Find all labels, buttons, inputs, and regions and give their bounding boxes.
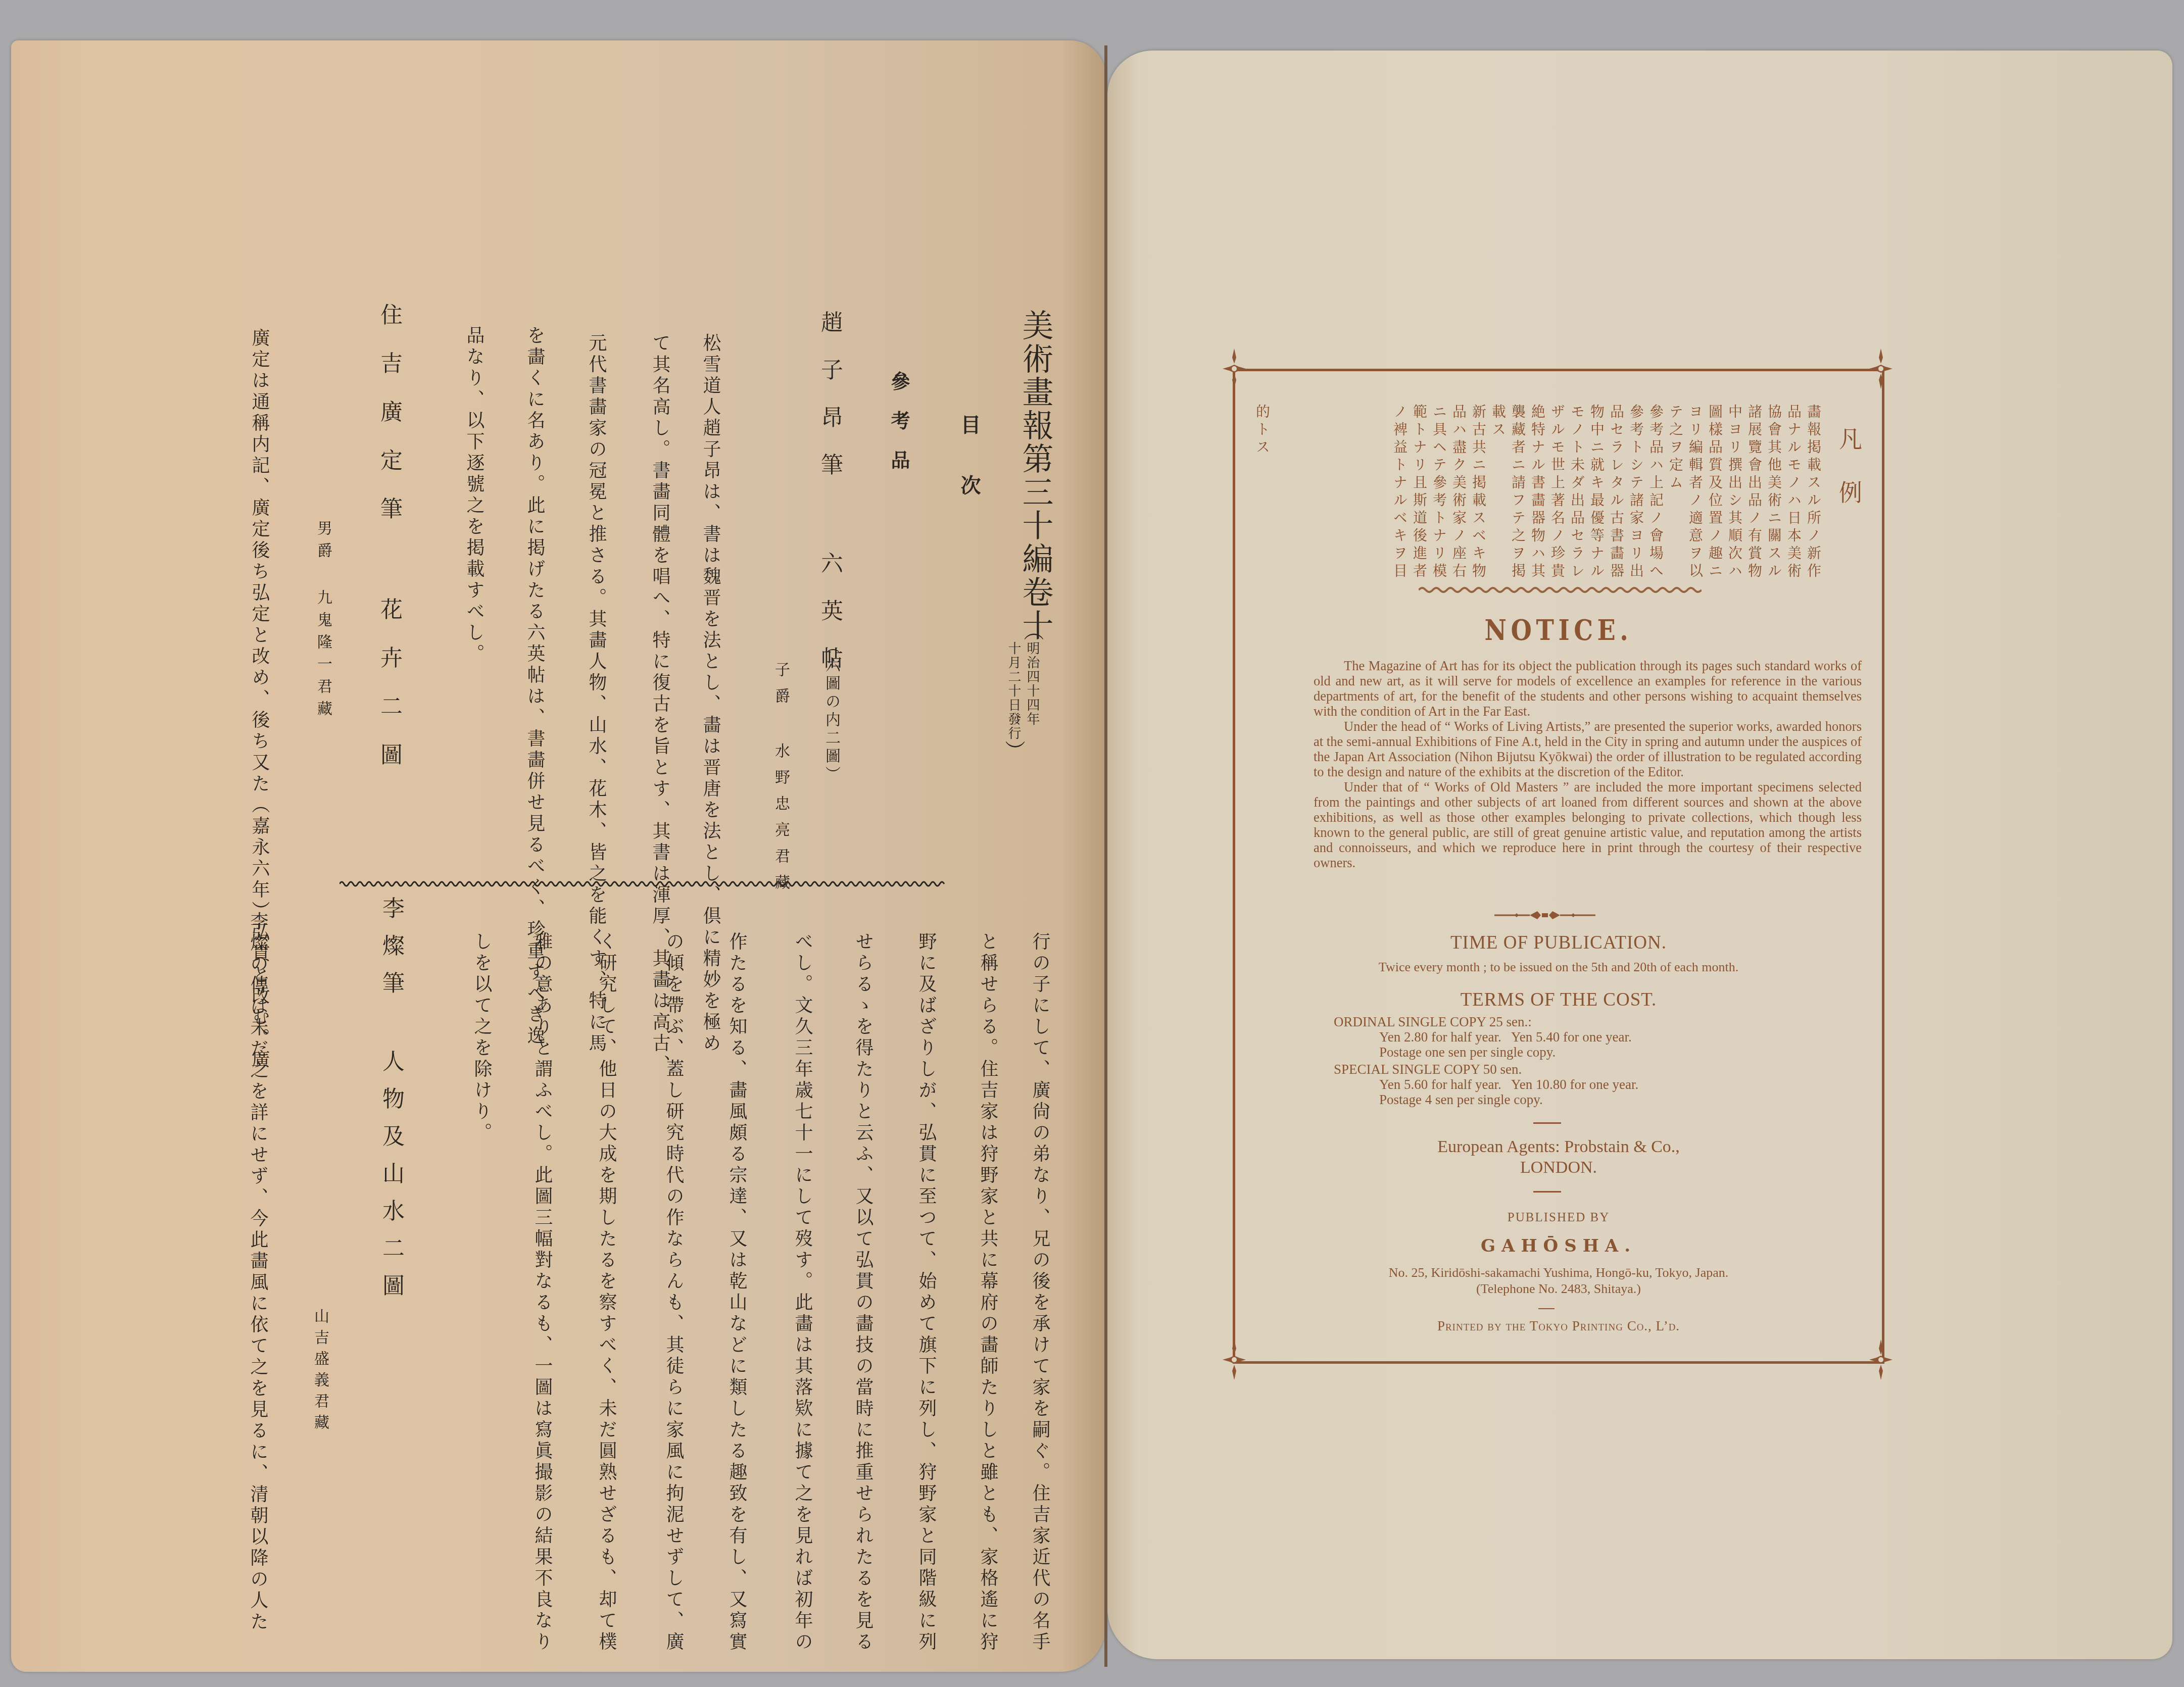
work-3-desc-line: 李燦の傳は未だ之を詳にせず、今此畵風に依て之を見るに、清朝以降の人た (249, 912, 267, 1633)
work-2-desc-line: の傾を帶ぶ、蓋し研究時代の作ならんも、其徒らに家風に拘泥せずして、廣 (664, 932, 683, 1653)
corner-ornament-icon (1223, 1339, 1246, 1380)
hanrei-line: 圖樣品質及位置ノ趣ニ (1708, 404, 1722, 581)
publisher-telephone: (Telephone No. 2483, Shitaya.) (1233, 1281, 1884, 1297)
terms-special-label: SPECIAL SINGLE COPY 50 sen. (1334, 1062, 1839, 1077)
hanrei-line: 載ス (1491, 404, 1505, 439)
hanrei-line: 新古共ニ掲載スベキ物 (1471, 404, 1485, 581)
work-2-desc-line: せらるゝを得たりと云ふ、又以て弘貫の畵技の當時に推重せられたるを見る (854, 932, 872, 1653)
hanrei-line: 範トナリ且斯道後進者 (1412, 404, 1426, 581)
time-of-publication-heading: TIME OF PUBLICATION. (1233, 932, 1884, 954)
section-heading: 參考品 (885, 371, 913, 489)
work-2-title: 住吉廣定筆 花卉二圖 (378, 303, 400, 791)
hanrei-line: 參考品ハ上記ノ會場へ (1648, 404, 1663, 581)
published-by-label: PUBLISHED BY (1233, 1211, 1884, 1225)
corner-ornament-icon (1869, 349, 1892, 389)
work-2-desc-line: 行の子にして、廣尙の弟なり、兄の後を承けて家を嗣ぐ。住吉家近代の名手 (1031, 932, 1049, 1653)
hanrei-line: 畵報掲載スル所ノ新作 (1806, 404, 1820, 581)
book-gutter (1104, 45, 1107, 1667)
work-2-owner: 男爵 九鬼隆一君藏 (315, 520, 330, 723)
european-agents: European Agents: Probstain & Co., (1233, 1137, 1884, 1157)
hanrei-line: 品ハ盡ク美術家ノ座右 (1451, 404, 1466, 581)
hanrei-line: 物中ニ就キ最優等ナル (1589, 404, 1604, 581)
hanrei-heading: 凡例 (1832, 427, 1866, 534)
work-1-subtitle: （六圖の内二圖） (823, 639, 839, 784)
work-2-desc-line: 野に及ばざりしが、弘貫に至つて、始めて旗下に列し、狩野家と同階級に列 (917, 932, 935, 1653)
terms-special-postage: Postage 4 sen per single copy. (1334, 1092, 1839, 1107)
toc-heading: 目次 (955, 414, 984, 535)
corner-ornament-icon (1869, 1339, 1892, 1380)
hanrei-line: 的トス (1255, 404, 1269, 457)
wavy-ornament (1419, 586, 1702, 594)
notice-title: NOTICE. (1282, 614, 1836, 647)
agents-city: LONDON. (1233, 1158, 1884, 1177)
work-2-desc-line: べし。文久三年歳七十一にして歿す。此畵は其落欵に據て之を見れば初年の (793, 932, 811, 1653)
short-rule (1538, 1308, 1555, 1309)
hanrei-line: ヨリ編輯者ノ適意ヲ以 (1688, 404, 1702, 581)
hanrei-line: 絶特ナル書畵器物ハ其 (1530, 404, 1544, 581)
work-3-title: 李燦筆 人物及山水二圖 (380, 897, 402, 1311)
work-2-desc-line: 雅の意ありと謂ふべし。此圖三幅對なるも、一圖は寫眞撮影の結果不良なり (533, 932, 551, 1653)
publisher-name: GAHŌSHA. (1233, 1236, 1884, 1256)
short-rule (1533, 1122, 1561, 1124)
terms-ordinal-label: ORDINAL SINGLE COPY 25 sen.: (1334, 1014, 1839, 1029)
work-2-desc-line: 作たるを知る、畵風頗る宗達、又は乾山などに類したる趣致を有し、又寫實 (727, 932, 746, 1653)
work-2-desc-line: しを以て之を除けり。 (472, 932, 491, 1144)
hanrei-line: モノト未ダ出品セラレ (1570, 404, 1584, 581)
notice-body: The Magazine of Art has for its object t… (1314, 658, 1862, 870)
terms-heading: TERMS OF THE COST. (1233, 989, 1884, 1011)
notice-paragraph: Under that of “ Works of Old Masters ” a… (1314, 779, 1862, 870)
work-2-desc-line: と稱せらる。住吉家は狩野家と共に幕府の畵師たりしと雖とも、家格遙に狩 (979, 932, 997, 1653)
issue-date-note: （明治四十四年 (1022, 620, 1043, 726)
terms-list: ORDINAL SINGLE COPY 25 sen.: Yen 2.80 fo… (1334, 1014, 1839, 1107)
work-2-desc-line: く研究して、他日の大成を期したるを察すべく、未だ圓熟せざるも、却て樸 (597, 932, 615, 1653)
publisher-address: No. 25, Kiridōshi-sakamachi Yushima, Hon… (1233, 1265, 1884, 1280)
divider-ornament-icon (1494, 909, 1595, 921)
hanrei-line: 參考トシテ諸家ヨリ出 (1629, 404, 1643, 581)
hanrei-line: 品セラレタル古書畵器 (1609, 404, 1623, 581)
hanrei-line: 諸展覽會出品ノ有賞物 (1747, 404, 1761, 581)
terms-ordinal-postage: Postage one sen per single copy. (1334, 1045, 1839, 1060)
short-rule (1533, 1191, 1561, 1193)
printer-credit: Printed by the Tokyo Printing Co., L’d. (1233, 1318, 1884, 1334)
notice-paragraph: Under the head of “ Works of Living Arti… (1314, 719, 1862, 779)
hanrei-line: ザルモ世上著名ノ珍貴 (1550, 404, 1564, 581)
magazine-title: 美術畫報第三十編卷十 (1020, 309, 1051, 642)
wavy-divider (339, 879, 968, 889)
issue-date-note-2: 十月二十日發行） (1003, 641, 1024, 762)
hanrei-line: 品ナルモノハ日本美術 (1786, 404, 1801, 581)
hanrei-line: ニ具ヘテ參考トナリ模 (1432, 404, 1446, 581)
hanrei-line: テ之ヲ定ム (1668, 404, 1682, 492)
hanrei-line: 協會其他美術ニ關スル (1767, 404, 1781, 581)
work-1-owner: 子爵 水野忠亮君藏 (773, 662, 788, 901)
work-1-desc-line: 松雪道人趙子昂は、書は魏晋を法とし、畵は晋唐を法とし、倶に精妙を極め (701, 333, 719, 1055)
hanrei-line: ノ裨益トナルベキヲ目 (1392, 404, 1406, 581)
time-of-publication-text: Twice every month ; to be issued on the … (1233, 960, 1884, 975)
work-3-owner: 山吉盛義君藏 (312, 1308, 327, 1435)
terms-ordinal-price: Yen 2.80 for half year. Yen 5.40 for one… (1334, 1029, 1839, 1045)
terms-special-price: Yen 5.60 for half year. Yen 10.80 for on… (1334, 1077, 1839, 1092)
notice-paragraph: The Magazine of Art has for its object t… (1314, 658, 1862, 719)
hanrei-line: 中ヨリ撰出シ其順次ハ (1727, 404, 1741, 581)
work-1-desc-line: 品なり、以下逐號之を掲載すべし。 (465, 326, 483, 665)
work-1-title: 趙子昂筆 六英帖 (818, 311, 841, 694)
left-page (11, 40, 1105, 1672)
corner-ornament-icon (1223, 349, 1246, 389)
hanrei-line: 襲藏者ニ請フテ之ヲ掲 (1511, 404, 1525, 581)
